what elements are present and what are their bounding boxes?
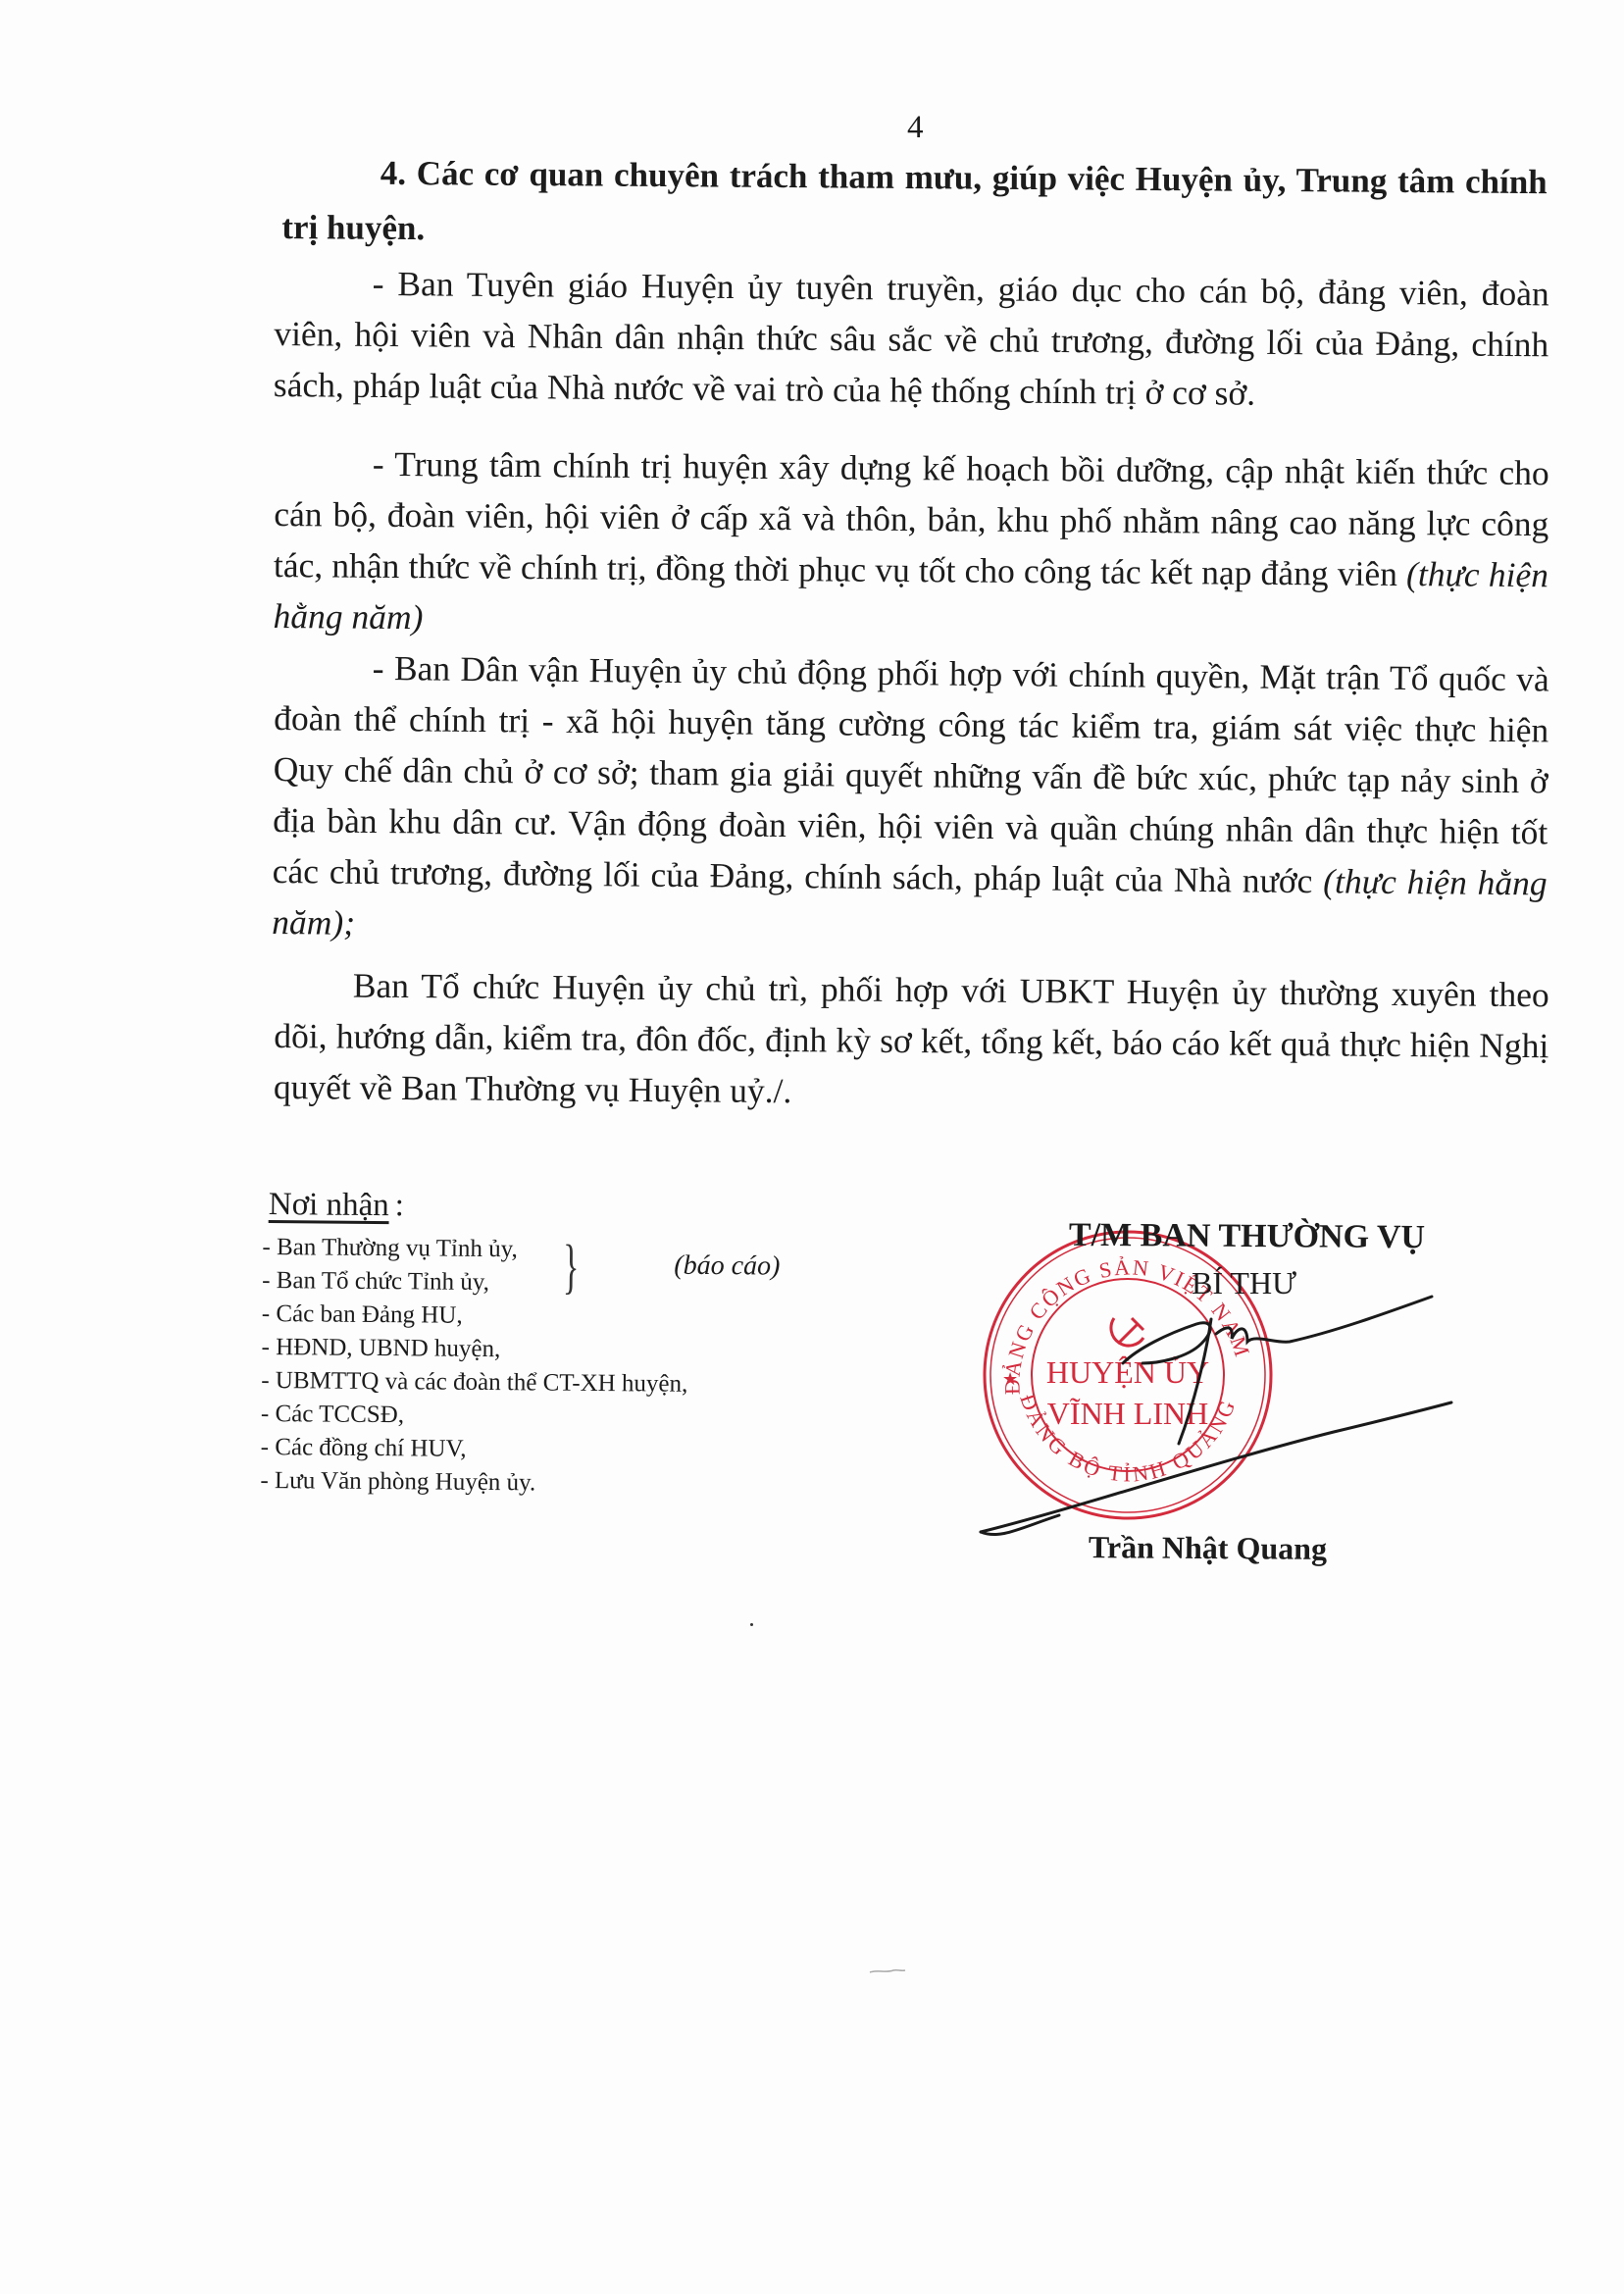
signatory-name: Trần Nhật Quang — [1089, 1529, 1327, 1567]
paragraph-propaganda-dept: - Ban Tuyên giáo Huyện ủy tuyên truyền, … — [274, 257, 1549, 421]
svg-text:HUYỆN ỦY: HUYỆN ỦY — [1046, 1354, 1209, 1390]
hammer-sickle-icon — [1111, 1318, 1143, 1346]
scan-artifact-icon — [868, 1967, 907, 1975]
recipient-item: - Các ban Đảng HU, — [262, 1298, 850, 1336]
recipient-item: - Các đồng chí HUV, — [261, 1431, 849, 1469]
svg-text:★: ★ — [1002, 1369, 1018, 1389]
recipient-item: - Các TCCSĐ, — [261, 1398, 849, 1436]
paragraph-organization-dept: Ban Tổ chức Huyện ủy chủ trì, phối hợp v… — [274, 959, 1549, 1122]
paragraph-text: - Trung tâm chính trị huyện xây dựng kế … — [274, 444, 1549, 593]
section-heading: 4. Các cơ quan chuyên trách tham mưu, gi… — [281, 145, 1548, 265]
signature-block: ĐẢNG CỘNG SẢN VIỆT NAM ĐẢNG BỘ TỈNH QUẢN… — [981, 1216, 1530, 1628]
paragraph-mass-mobilization-dept: - Ban Dân vận Huyện ủy chủ động phối hợp… — [272, 641, 1549, 959]
paragraph-text: Ban Tổ chức Huyện ủy chủ trì, phối hợp v… — [274, 966, 1549, 1111]
report-recipients-group: - Ban Thường vụ Tỉnh ủy, - Ban Tổ chức T… — [262, 1231, 851, 1302]
recipients-block: Nơi nhận: - Ban Thường vụ Tỉnh ủy, - Ban… — [260, 1187, 851, 1503]
document-page: 4 4. Các cơ quan chuyên trách tham mưu, … — [0, 0, 1624, 2294]
scan-speck — [750, 1623, 753, 1626]
signature-role: BÍ THƯ — [1192, 1265, 1296, 1301]
signature-on-behalf: T/M BAN THƯỜNG VỤ — [1069, 1217, 1425, 1257]
svg-text:VĨNH LINH: VĨNH LINH — [1047, 1396, 1208, 1431]
report-note: (báo cáo) — [674, 1250, 780, 1283]
paragraph-political-center: - Trung tâm chính trị huyện xây dựng kế … — [273, 437, 1549, 651]
recipient-item: - Lưu Văn phòng Huyện ủy. — [260, 1464, 848, 1503]
recipient-item: - HĐND, UBND huyện, — [261, 1331, 849, 1369]
recipients-title-colon: : — [395, 1188, 404, 1224]
recipients-title: Nơi nhận: — [269, 1187, 851, 1228]
recipients-title-text: Nơi nhận — [269, 1187, 389, 1223]
curly-brace-icon: } — [563, 1234, 580, 1300]
page-number: 4 — [907, 110, 924, 146]
recipient-item: - UBMTTQ và các đoàn thể CT-XH huyện, — [261, 1364, 849, 1402]
paragraph-text: - Ban Tuyên giáo Huyện ủy tuyên truyền, … — [274, 264, 1549, 413]
